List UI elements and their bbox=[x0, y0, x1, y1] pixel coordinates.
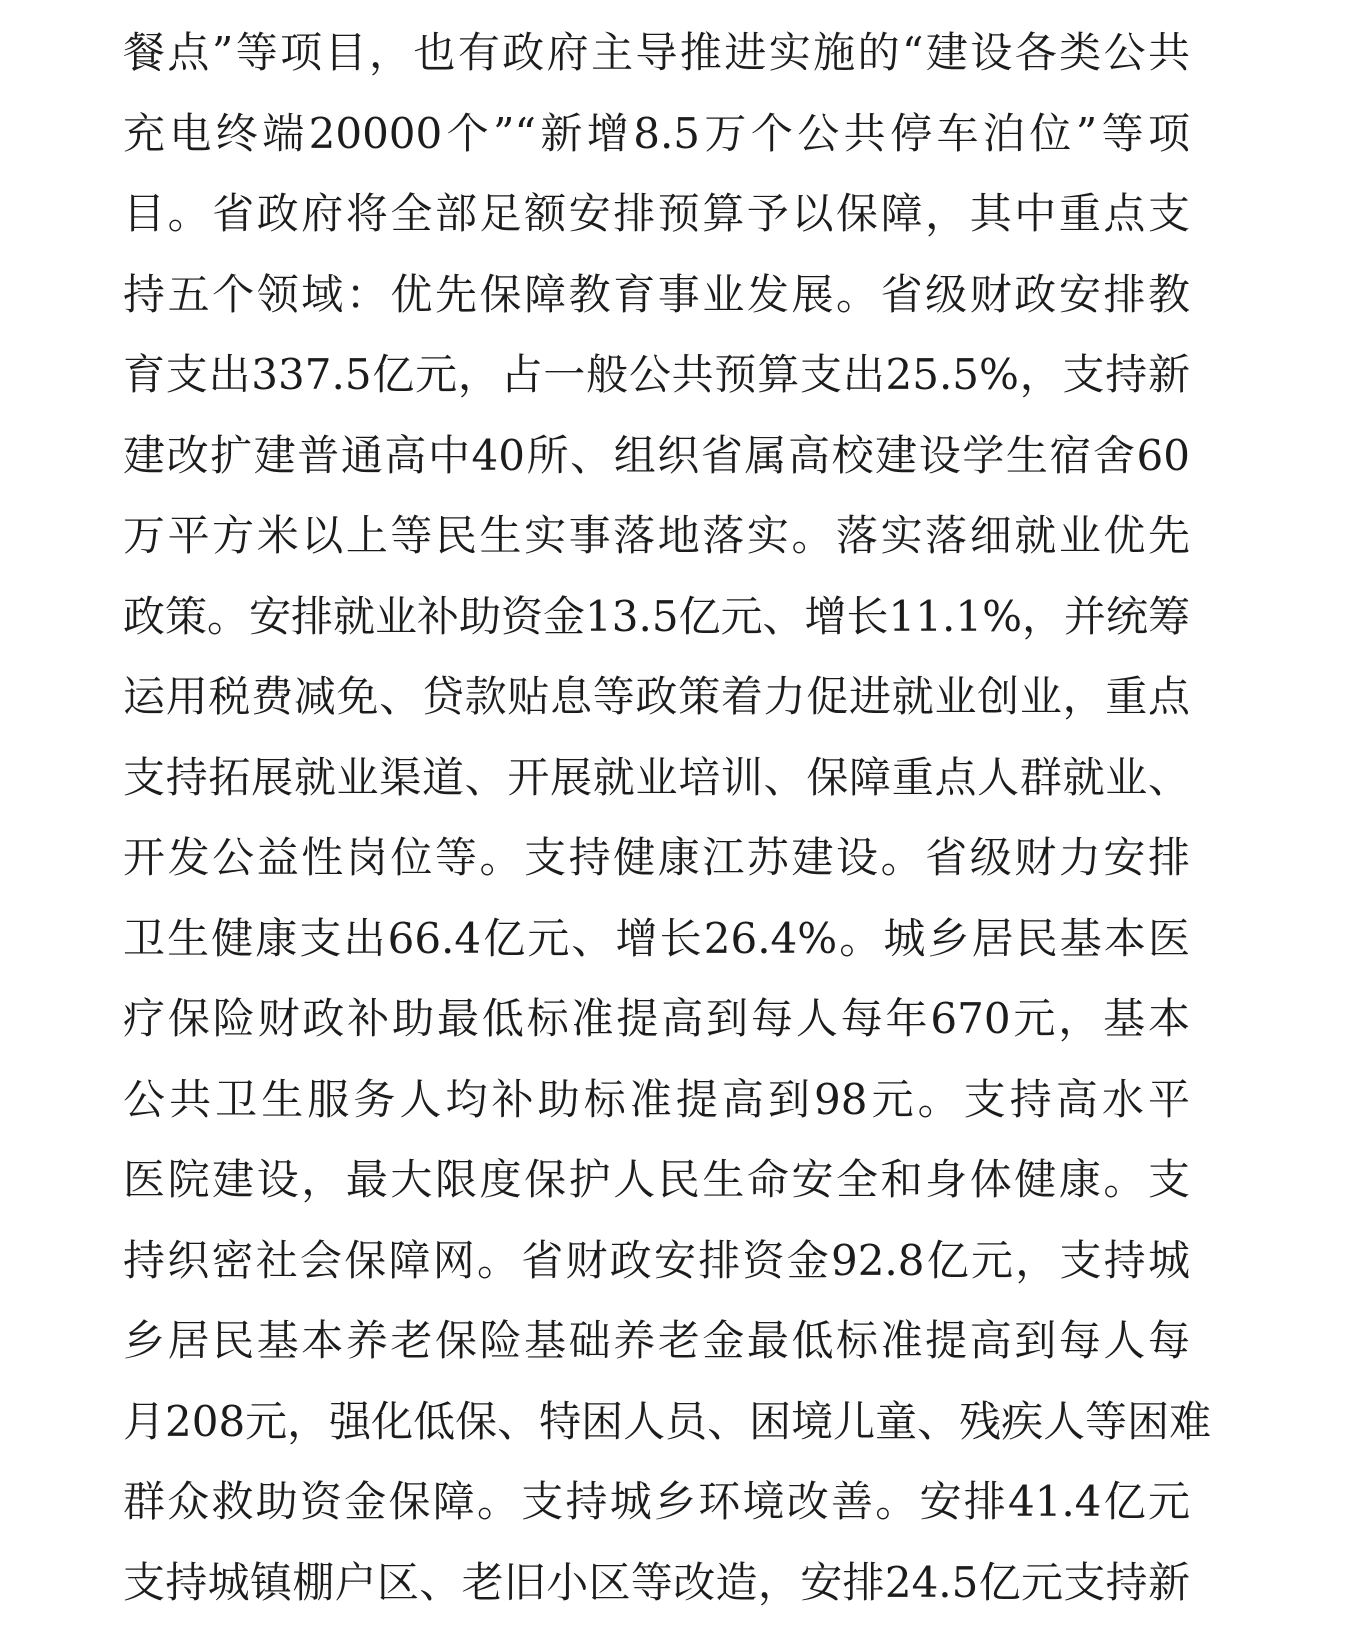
text-line: 建改扩建普通高中40所、组织省属高校建设学生宿舍60 bbox=[123, 416, 1190, 497]
text-line: 支持拓展就业渠道、开展就业培训、保障重点人群就业、 bbox=[123, 738, 1190, 819]
text-line: 乡居民基本养老保险基础养老金最低标准提高到每人每 bbox=[123, 1301, 1190, 1382]
text-line: 公共卫生服务人均补助标准提高到98元。支持高水平 bbox=[123, 1060, 1190, 1141]
text-line: 开发公益性岗位等。支持健康江苏建设。省级财力安排 bbox=[123, 818, 1190, 899]
text-line: 支持城镇棚户区、老旧小区等改造，安排24.5亿元支持新 bbox=[123, 1543, 1190, 1624]
text-line: 持五个领域：优先保障教育事业发展。省级财政安排教 bbox=[123, 255, 1190, 336]
text-line: 运用税费减免、贷款贴息等政策着力促进就业创业，重点 bbox=[123, 657, 1190, 738]
text-line: 疗保险财政补助最低标准提高到每人每年670元，基本 bbox=[123, 979, 1190, 1060]
text-line: 充电终端20000个”“新增8.5万个公共停车泊位”等项 bbox=[123, 94, 1190, 175]
text-line: 持织密社会保障网。省财政安排资金92.8亿元，支持城 bbox=[123, 1221, 1190, 1302]
text-line: 万平方米以上等民生实事落地落实。落实落细就业优先 bbox=[123, 496, 1190, 577]
text-line: 政策。安排就业补助资金13.5亿元、增长11.1%，并统筹 bbox=[123, 577, 1190, 658]
text-line: 医院建设，最大限度保护人民生命安全和身体健康。支 bbox=[123, 1140, 1190, 1221]
text-line: 卫生健康支出66.4亿元、增长26.4%。城乡居民基本医 bbox=[123, 899, 1190, 980]
text-line: 目。省政府将全部足额安排预算予以保障，其中重点支 bbox=[123, 174, 1190, 255]
text-line: 餐点”等项目，也有政府主导推进实施的“建设各类公共 bbox=[123, 13, 1190, 94]
text-line: 群众救助资金保障。支持城乡环境改善。安排41.4亿元 bbox=[123, 1462, 1190, 1543]
text-line: 月208元，强化低保、特困人员、困境儿童、残疾人等困难 bbox=[123, 1382, 1190, 1463]
text-line: 育支出337.5亿元，占一般公共预算支出25.5%，支持新 bbox=[123, 335, 1190, 416]
scanned-page: 餐点”等项目，也有政府主导推进实施的“建设各类公共充电终端20000个”“新增8… bbox=[0, 0, 1346, 1642]
body-paragraph-text: 餐点”等项目，也有政府主导推进实施的“建设各类公共充电终端20000个”“新增8… bbox=[123, 13, 1190, 1623]
